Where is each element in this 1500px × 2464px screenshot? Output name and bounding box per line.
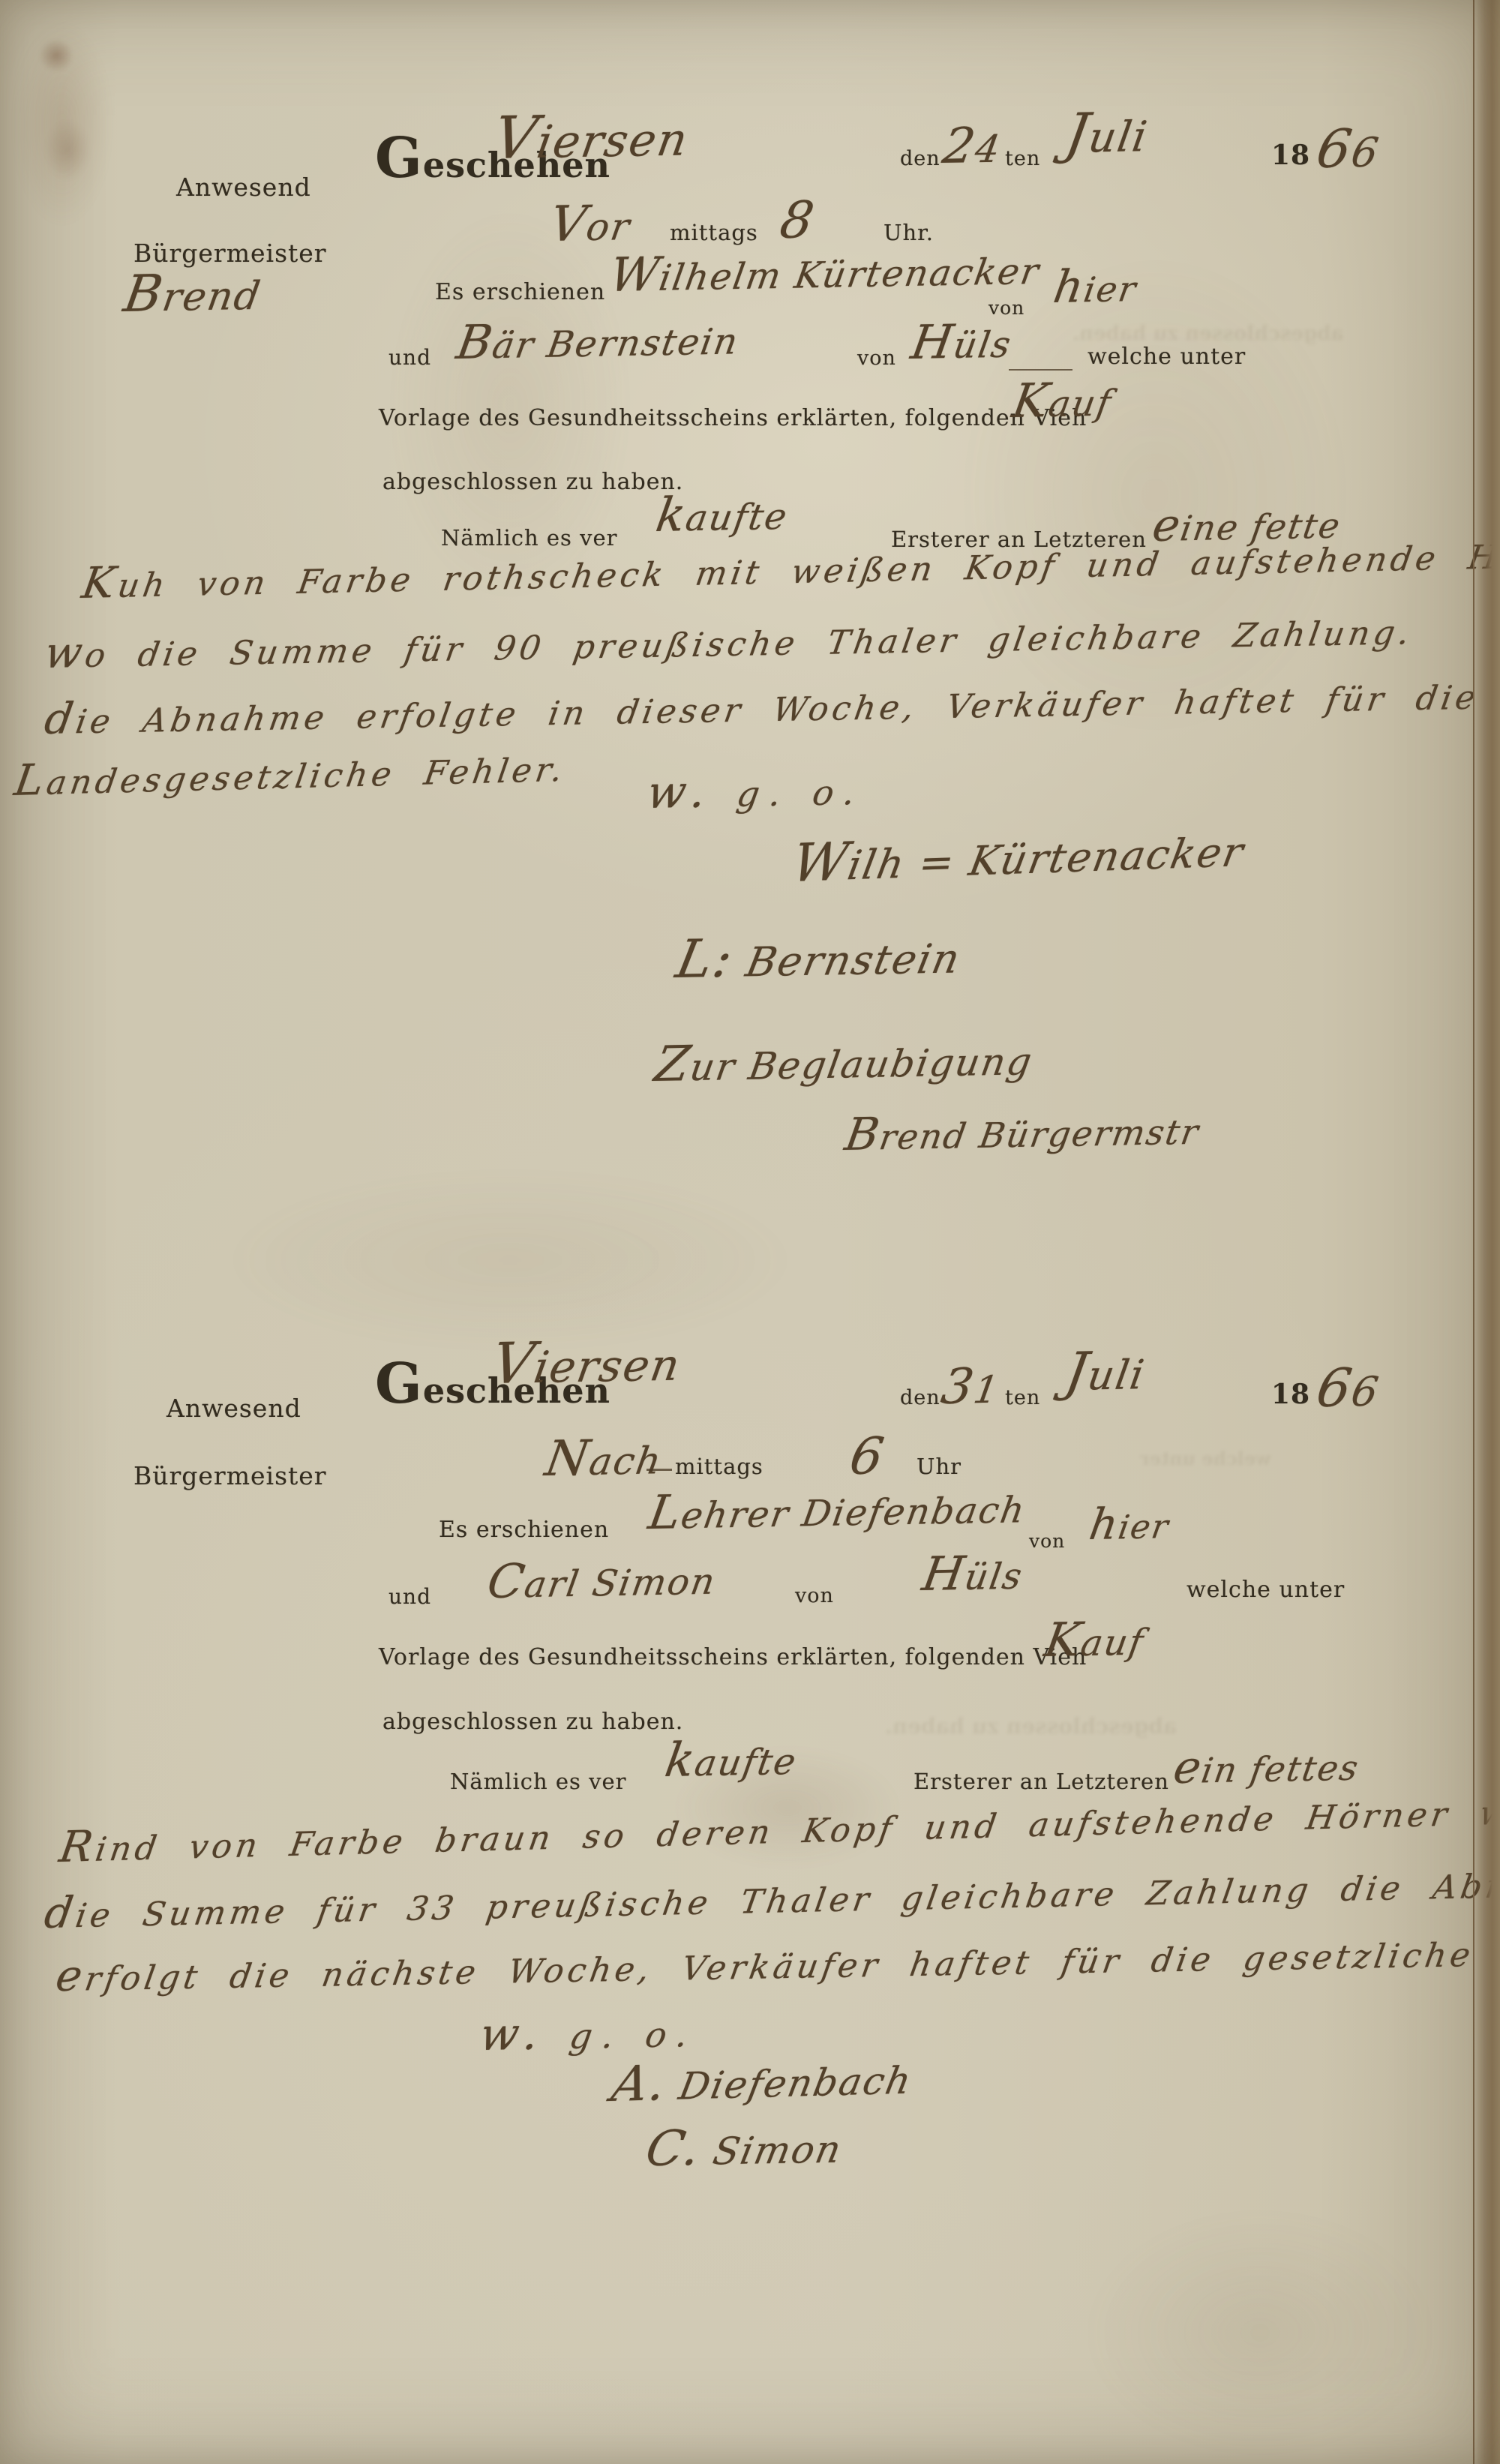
book-binding-edge (1473, 0, 1500, 2464)
mittags-label: mittags (670, 220, 758, 245)
handwritten-body-line: Rind von Farbe braun so deren Kopf und a… (56, 1784, 1500, 1872)
paper-stain (45, 120, 90, 180)
paper-stain (225, 1170, 795, 1350)
welche-unter-label: welche unter (1186, 1577, 1345, 1603)
party1-name-handwritten: Wilhelm Kürtenacker (606, 240, 1045, 302)
von-label-1: von (1029, 1530, 1065, 1552)
year-century-label: 18 (1271, 1379, 1310, 1410)
margin-anwesend-label: Anwesend (166, 1394, 301, 1423)
wgo-abbreviation: w. g. o. (643, 763, 870, 819)
ten-label: ten (1005, 147, 1040, 170)
daypart-handwritten: Vor (546, 195, 635, 253)
party2-origin-handwritten: Hüls (919, 1545, 1027, 1601)
day-handwritten: 31 (937, 1358, 1004, 1415)
month-handwritten: Juli (1061, 101, 1153, 166)
daypart-handwritten: Nach (541, 1429, 667, 1487)
handwritten-body-line: Kuh von Farbe rothscheck mit weißen Kopf… (79, 527, 1500, 608)
mittags-label: mittags (675, 1454, 763, 1479)
vorlage-label: Vorlage des Gesundheitsscheins erklärten… (379, 405, 1087, 431)
party1-origin-handwritten: hier (1050, 260, 1141, 314)
year-handwritten: 66 (1312, 1357, 1384, 1419)
naemlich-label: Nämlich es ver (450, 1769, 627, 1794)
party2-signature: C. Simon (641, 2117, 848, 2177)
day-handwritten: 24 (939, 118, 1006, 175)
uhr-label: Uhr (916, 1454, 961, 1479)
blank-line (1009, 369, 1072, 371)
hour-handwritten: 6 (846, 1426, 889, 1486)
handwritten-body-line: erfolgt die nächste Woche, Verkäufer haf… (52, 1924, 1500, 2001)
scanned-register-page: { "paper": { "paper_color": "#ccc5af", "… (0, 0, 1500, 2464)
von-label-2: von (795, 1584, 834, 1607)
bleed-through-ghost: welche unter (1140, 1448, 1271, 1469)
party2-name-handwritten: Bär Bernstein (453, 310, 744, 370)
und-label: und (388, 1584, 431, 1609)
kaufte-handwritten: kaufte (661, 1730, 802, 1787)
handwritten-body-line: Landesgesetzliche Fehler. (11, 742, 570, 806)
year-handwritten: 66 (1312, 118, 1384, 180)
hour-handwritten: 8 (776, 190, 820, 250)
es-erschienen-label: Es erschienen (435, 279, 605, 305)
party2-origin-handwritten: Hüls (907, 314, 1016, 370)
und-label: und (388, 345, 431, 370)
handwritten-body-line: die Summe für 33 preußische Thaler gleic… (41, 1856, 1500, 1938)
paper-stain (1087, 2213, 1432, 2453)
abgeschlossen-label: abgeschlossen zu haben. (382, 469, 683, 495)
month-handwritten: Juli (1061, 1340, 1150, 1403)
ersterer-label: Ersterer an Letzteren (913, 1769, 1169, 1794)
ten-label: ten (1005, 1386, 1040, 1409)
mayor-signature: Brend Bürgermstr (841, 1103, 1204, 1161)
beglaubigung-handwritten: Zur Beglaubigung (651, 1030, 1037, 1093)
party1-signature: Wilh = Kürtenacker (787, 817, 1250, 894)
welche-unter-label: welche unter (1087, 344, 1246, 370)
place-handwritten: Viersen (487, 1328, 686, 1397)
naemlich-label: Nämlich es ver (441, 525, 618, 551)
sale-object-handwritten: ein fettes (1170, 1739, 1363, 1794)
bleed-through-ghost: abgeschlossen zu haben. (1072, 323, 1343, 345)
handwritten-body-line: die Abnahme erfolgte in dieser Woche, Ve… (41, 670, 1483, 744)
pen-connector-stroke (646, 1469, 672, 1471)
year-century-label: 18 (1271, 140, 1310, 171)
paper-stain (39, 39, 73, 72)
kauf-handwritten: Kauf (1041, 1611, 1149, 1667)
margin-buergermeister-label: Bürgermeister (133, 1461, 327, 1490)
mayor-margin-signature: Brend (120, 262, 266, 323)
es-erschienen-label: Es erschienen (439, 1517, 609, 1543)
abgeschlossen-label: abgeschlossen zu haben. (382, 1709, 683, 1735)
den-label: den (900, 147, 940, 170)
party1-signature: A. Diefenbach (607, 2049, 918, 2113)
party2-signature: L: Bernstein (671, 923, 967, 990)
kauf-handwritten: Kauf (1009, 372, 1117, 428)
party2-name-handwritten: Carl Simon (484, 1550, 721, 1609)
vorlage-label: Vorlage des Gesundheitsscheins erklärten… (379, 1644, 1087, 1670)
bleed-through-ghost: abgeschlossen zu haben. (885, 1714, 1177, 1739)
party1-name-handwritten: Lehrer Diefenbach (645, 1478, 1030, 1540)
handwritten-body-line: wo die Summe für 90 preußische Thaler gl… (41, 605, 1417, 678)
party1-origin-handwritten: hier (1086, 1499, 1174, 1550)
place-handwritten: Viersen (489, 101, 694, 173)
wgo-abbreviation: w. g. o. (476, 2005, 703, 2061)
den-label: den (900, 1386, 940, 1409)
kaufte-handwritten: kaufte (652, 485, 793, 542)
von-label-2: von (857, 347, 896, 370)
margin-anwesend-label: Anwesend (176, 173, 311, 202)
paper-stain (13, 23, 111, 225)
